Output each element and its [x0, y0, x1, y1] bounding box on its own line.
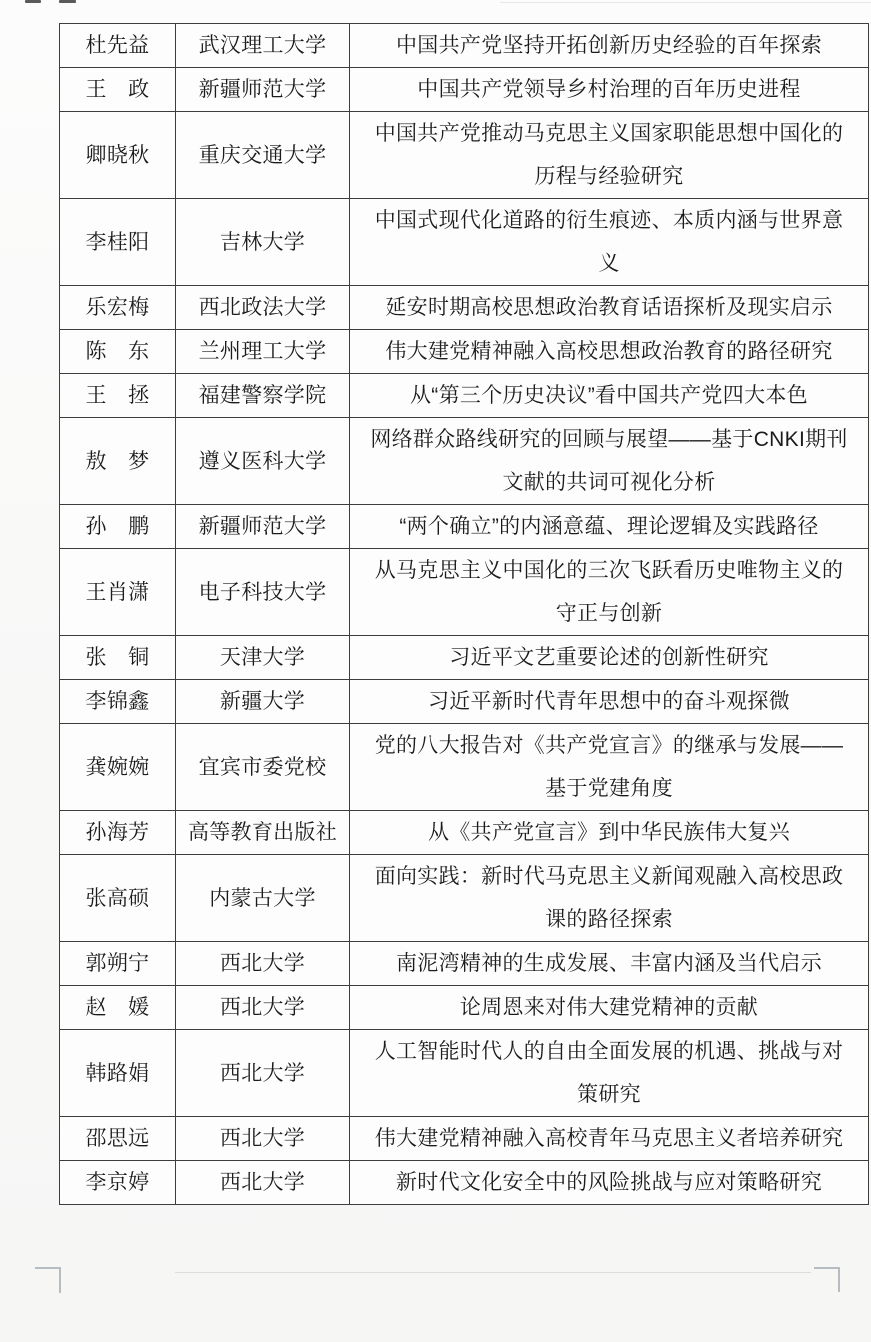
table-row: 郭朔宁西北大学南泥湾精神的生成发展、丰富内涵及当代启示 [60, 942, 869, 986]
paper-title-cell: 中国共产党领导乡村治理的百年历史进程 [350, 68, 869, 112]
paper-title-cell: 伟大建党精神融入高校思想政治教育的路径研究 [350, 330, 869, 374]
page-top-artifact [59, 0, 76, 3]
author-name-cell: 王 政 [60, 68, 176, 112]
affiliation-cell: 吉林大学 [176, 199, 350, 286]
affiliation-cell: 兰州理工大学 [176, 330, 350, 374]
paper-title-cell: 从“第三个历史决议”看中国共产党四大本色 [350, 374, 869, 418]
table-row: 陈 东兰州理工大学伟大建党精神融入高校思想政治教育的路径研究 [60, 330, 869, 374]
affiliation-cell: 西北大学 [176, 942, 350, 986]
affiliation-cell: 新疆大学 [176, 680, 350, 724]
table-row: 卿晓秋重庆交通大学中国共产党推动马克思主义国家职能思想中国化的历程与经验研究 [60, 112, 869, 199]
paper-title-cell: 中国共产党推动马克思主义国家职能思想中国化的历程与经验研究 [350, 112, 869, 199]
author-name-cell: 邵思远 [60, 1117, 176, 1161]
paper-title-cell: 面向实践：新时代马克思主义新闻观融入高校思政课的路径探索 [350, 855, 869, 942]
paper-title-cell: 从马克思主义中国化的三次飞跃看历史唯物主义的守正与创新 [350, 549, 869, 636]
table-row: 张 铜天津大学习近平文艺重要论述的创新性研究 [60, 636, 869, 680]
table-row: 乐宏梅西北政法大学延安时期高校思想政治教育话语探析及现实启示 [60, 286, 869, 330]
affiliation-cell: 新疆师范大学 [176, 68, 350, 112]
author-name-cell: 张高硕 [60, 855, 176, 942]
author-name-cell: 乐宏梅 [60, 286, 176, 330]
author-name-cell: 杜先益 [60, 24, 176, 68]
next-table-outline [175, 1272, 811, 1273]
table-row: 赵 媛西北大学论周恩来对伟大建党精神的贡献 [60, 986, 869, 1030]
affiliation-cell: 电子科技大学 [176, 549, 350, 636]
affiliation-cell: 西北大学 [176, 1161, 350, 1205]
paper-title-cell: 党的八大报告对《共产党宣言》的继承与发展——基于党建角度 [350, 724, 869, 811]
table-row: 杜先益武汉理工大学中国共产党坚持开拓创新历史经验的百年探索 [60, 24, 869, 68]
paper-title-cell: 从《共产党宣言》到中华民族伟大复兴 [350, 811, 869, 855]
paper-title-cell: 中国式现代化道路的衍生痕迹、本质内涵与世界意义 [350, 199, 869, 286]
affiliation-cell: 高等教育出版社 [176, 811, 350, 855]
author-name-cell: 王 拯 [60, 374, 176, 418]
paper-title-cell: 人工智能时代人的自由全面发展的机遇、挑战与对策研究 [350, 1030, 869, 1117]
next-table-outline [59, 1267, 61, 1293]
author-name-cell: 张 铜 [60, 636, 176, 680]
next-table-outline [814, 1267, 840, 1269]
author-name-cell: 李桂阳 [60, 199, 176, 286]
affiliation-cell: 西北大学 [176, 1117, 350, 1161]
affiliation-cell: 新疆师范大学 [176, 505, 350, 549]
paper-title-cell: 伟大建党精神融入高校青年马克思主义者培养研究 [350, 1117, 869, 1161]
paper-title-cell: 习近平新时代青年思想中的奋斗观探微 [350, 680, 869, 724]
table-row: 邵思远西北大学伟大建党精神融入高校青年马克思主义者培养研究 [60, 1117, 869, 1161]
page-top-faint-line [500, 2, 871, 3]
next-table-outline [838, 1267, 840, 1292]
author-name-cell: 郭朔宁 [60, 942, 176, 986]
affiliation-cell: 西北政法大学 [176, 286, 350, 330]
affiliation-cell: 武汉理工大学 [176, 24, 350, 68]
table-row: 王肖潇电子科技大学从马克思主义中国化的三次飞跃看历史唯物主义的守正与创新 [60, 549, 869, 636]
paper-title-cell: “两个确立”的内涵意蕴、理论逻辑及实践路径 [350, 505, 869, 549]
paper-title-cell: 习近平文艺重要论述的创新性研究 [350, 636, 869, 680]
next-table-outline [35, 1267, 61, 1269]
affiliation-cell: 西北大学 [176, 986, 350, 1030]
paper-title-cell: 论周恩来对伟大建党精神的贡献 [350, 986, 869, 1030]
table-row: 张高硕内蒙古大学面向实践：新时代马克思主义新闻观融入高校思政课的路径探索 [60, 855, 869, 942]
paper-title-cell: 南泥湾精神的生成发展、丰富内涵及当代启示 [350, 942, 869, 986]
author-name-cell: 李京婷 [60, 1161, 176, 1205]
author-name-cell: 孙海芳 [60, 811, 176, 855]
page-top-artifact [25, 0, 41, 3]
affiliation-cell: 西北大学 [176, 1030, 350, 1117]
paper-title-cell: 延安时期高校思想政治教育话语探析及现实启示 [350, 286, 869, 330]
affiliation-cell: 宜宾市委党校 [176, 724, 350, 811]
author-name-cell: 韩路娟 [60, 1030, 176, 1117]
author-name-cell: 王肖潇 [60, 549, 176, 636]
affiliation-cell: 福建警察学院 [176, 374, 350, 418]
paper-award-table: 杜先益武汉理工大学中国共产党坚持开拓创新历史经验的百年探索王 政新疆师范大学中国… [59, 23, 869, 1205]
table-row: 韩路娟西北大学人工智能时代人的自由全面发展的机遇、挑战与对策研究 [60, 1030, 869, 1117]
table-row: 李京婷西北大学新时代文化安全中的风险挑战与应对策略研究 [60, 1161, 869, 1205]
table-row: 王 政新疆师范大学中国共产党领导乡村治理的百年历史进程 [60, 68, 869, 112]
table-row: 李锦鑫新疆大学习近平新时代青年思想中的奋斗观探微 [60, 680, 869, 724]
paper-title-cell: 中国共产党坚持开拓创新历史经验的百年探索 [350, 24, 869, 68]
paper-title-cell: 网络群众路线研究的回顾与展望——基于CNKI期刊文献的共词可视化分析 [350, 418, 869, 505]
author-name-cell: 陈 东 [60, 330, 176, 374]
author-name-cell: 孙 鹏 [60, 505, 176, 549]
affiliation-cell: 内蒙古大学 [176, 855, 350, 942]
author-name-cell: 卿晓秋 [60, 112, 176, 199]
affiliation-cell: 重庆交通大学 [176, 112, 350, 199]
author-name-cell: 赵 媛 [60, 986, 176, 1030]
table-row: 孙 鹏新疆师范大学“两个确立”的内涵意蕴、理论逻辑及实践路径 [60, 505, 869, 549]
author-name-cell: 李锦鑫 [60, 680, 176, 724]
paper-table-body: 杜先益武汉理工大学中国共产党坚持开拓创新历史经验的百年探索王 政新疆师范大学中国… [60, 24, 869, 1205]
paper-title-cell: 新时代文化安全中的风险挑战与应对策略研究 [350, 1161, 869, 1205]
table-row: 王 拯福建警察学院从“第三个历史决议”看中国共产党四大本色 [60, 374, 869, 418]
table-row: 孙海芳高等教育出版社从《共产党宣言》到中华民族伟大复兴 [60, 811, 869, 855]
table-row: 龚婉婉宜宾市委党校党的八大报告对《共产党宣言》的继承与发展——基于党建角度 [60, 724, 869, 811]
affiliation-cell: 天津大学 [176, 636, 350, 680]
affiliation-cell: 遵义医科大学 [176, 418, 350, 505]
table-row: 李桂阳吉林大学中国式现代化道路的衍生痕迹、本质内涵与世界意义 [60, 199, 869, 286]
table-row: 敖 梦遵义医科大学网络群众路线研究的回顾与展望——基于CNKI期刊文献的共词可视… [60, 418, 869, 505]
author-name-cell: 敖 梦 [60, 418, 176, 505]
author-name-cell: 龚婉婉 [60, 724, 176, 811]
